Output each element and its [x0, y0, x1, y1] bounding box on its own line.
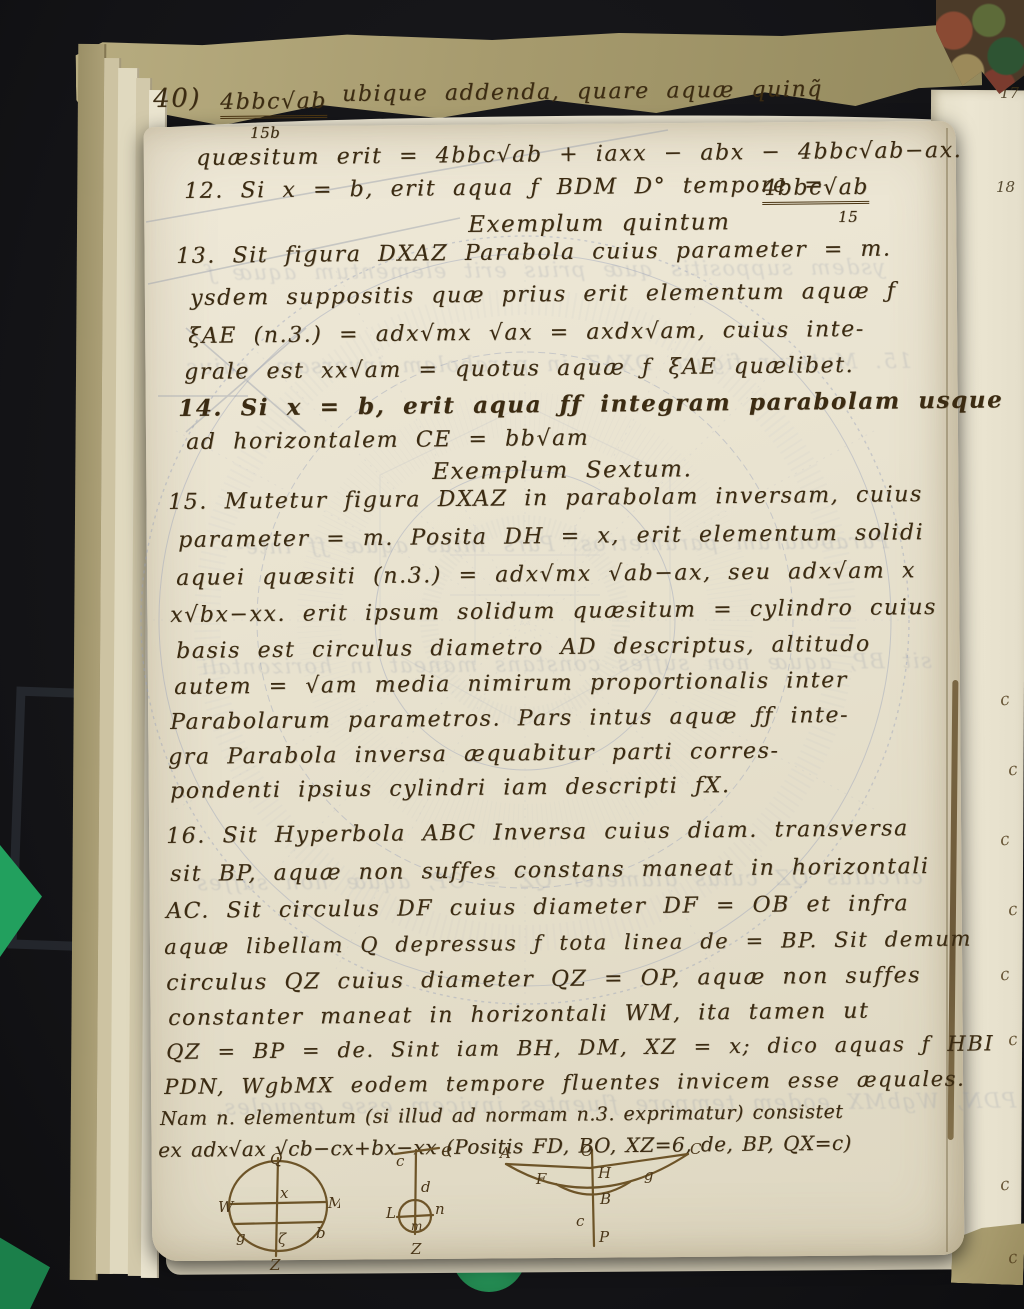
manuscript-line-13: 14. Si x = b, erit aqua ƒƒ integram para…: [178, 386, 1004, 422]
diagram-arc-label-arc-right: g: [644, 1166, 654, 1184]
manuscript-line-31: QZ = BP = de. Sint iam BH, DM, XZ = x; d…: [166, 1031, 994, 1064]
edge-glyph: c: [1006, 759, 1019, 780]
diagram-tube-label-bottom: Z: [410, 1240, 422, 1258]
edge-glyph: c: [998, 829, 1011, 850]
manuscript-line-27: AC. Sit circulus DF cuius diameter DF = …: [166, 891, 909, 924]
diagram-tube-label-mid: d: [421, 1178, 431, 1196]
manuscript-line-0: 40): [153, 83, 201, 114]
diagram-arc-label-bottom: P: [598, 1228, 610, 1246]
diagram-arc-label-top-right: C: [690, 1142, 702, 1158]
manuscript-line-2: ubique addenda, quare aquæ quinq̃: [342, 77, 823, 107]
manuscript-line-15: Exemplum Sextum.: [432, 456, 693, 485]
manuscript-line-7: 15: [838, 208, 858, 226]
manuscript-line-30: constanter maneat in horizontali WM, ita…: [168, 999, 870, 1031]
diagram-arc-label-below-mid: B: [599, 1190, 611, 1208]
edge-glyph: c: [998, 1174, 1011, 1195]
diagram-tube-with-bulb: c e d L n m Z: [385, 1138, 469, 1260]
diagram-circle-with-chords: Q W M x g b ζ Z: [218, 1150, 340, 1274]
manuscript-line-29: circulus QZ cuius diameter QZ = OP, aquæ…: [166, 963, 921, 996]
manuscript-line-24: pondenti ipsius cylindri iam descripti ƒ…: [170, 773, 731, 804]
manuscript-line-19: x√bx−xx. erit ipsum solidum quæsitum = c…: [170, 595, 937, 628]
manuscript-line-18: aquei quæsiti (n.3.) = adx√mx √ab−ax, se…: [176, 558, 916, 591]
edge-glyph: c: [1006, 1247, 1019, 1268]
diagram-arc-label-arc-left: F: [535, 1170, 547, 1188]
edge-glyph: c: [1006, 899, 1019, 920]
diagram-tube-label-center: m: [411, 1219, 422, 1233]
diagram-tube-label-left: L: [385, 1204, 396, 1222]
manuscript-line-5: 12. Si x = b, erit aqua ƒ BDM D° tempore…: [184, 172, 824, 204]
diagram-tube-label-top-right: e: [441, 1139, 452, 1161]
manuscript-line-3: 15b: [250, 124, 280, 142]
diagram-arc-label-top-mid: O: [581, 1142, 593, 1160]
manuscript-line-14: ad horizontalem CE = bb√am: [186, 426, 589, 455]
manuscript-line-22: Parabolarum parametros. Pars intus aquæ …: [170, 703, 849, 735]
diagram-tube-label-right: n: [435, 1200, 445, 1218]
diagram-arc-label-top-left: A: [498, 1144, 511, 1162]
diagram-circle-label-right: M: [327, 1194, 340, 1212]
diagram-arc-with-axis: A O C F H g B c P: [498, 1142, 704, 1256]
manuscript-line-8: Exemplum quintum: [468, 209, 731, 238]
manuscript-line-6: 4bbc√ab: [762, 175, 869, 205]
edge-glyph: c: [998, 964, 1011, 985]
diagram-arc-label-mid: H: [597, 1164, 612, 1182]
edge-glyph: c: [998, 689, 1011, 710]
diagram-circle-label-inner-bottom: ζ: [278, 1230, 287, 1248]
edge-glyph: c: [1006, 1029, 1019, 1050]
manuscript-photo: 40)4bbc√abubique addenda, quare aquæ qui…: [0, 0, 1024, 1309]
manuscript-line-1: 4bbc√ab: [220, 89, 327, 119]
manuscript-line-4: quæsitum erit = 4bbc√ab + iaxx − abx − 4…: [196, 138, 962, 171]
manuscript-line-28: aquæ libellam Q depressus ƒ tota linea d…: [164, 927, 972, 959]
text-layer: 40)4bbc√abubique addenda, quare aquæ qui…: [0, 0, 1024, 1309]
diagram-circle-label-bottom-right: b: [316, 1224, 326, 1242]
diagram-tube-label-top-left: c: [396, 1152, 405, 1170]
manuscript-line-25: 16. Sit Hyperbola ABC Inversa cuius diam…: [166, 816, 909, 849]
diagram-arc-label-lower-left: c: [576, 1212, 585, 1230]
diagram-circle-label-left: W: [218, 1198, 235, 1216]
manuscript-line-16: 15. Mutetur figura DXAZ in parabolam inv…: [168, 482, 923, 515]
manuscript-line-11: ξAE (n.3.) = adx√mx √ax = axdx√am, cuius…: [188, 317, 865, 349]
manuscript-line-23: gra Parabola inversa æquabitur parti cor…: [168, 739, 780, 770]
diagram-circle-label-bottom: Z: [269, 1256, 281, 1274]
diagram-circle-label-center: x: [280, 1184, 289, 1202]
diagram-circle-label-bottom-left: g: [236, 1228, 246, 1246]
diagram-circle-label-top: Q: [270, 1150, 282, 1168]
